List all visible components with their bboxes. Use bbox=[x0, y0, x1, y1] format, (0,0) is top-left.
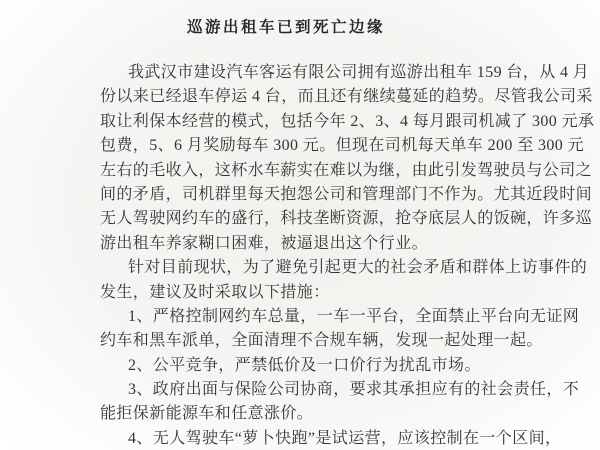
document-line: 4、无人驾驶车“萝卜快跑”是试运营，应该控制在一个区间， bbox=[100, 427, 550, 450]
document-line: 2、公平竞争，严禁低价及一口价行为扰乱市场。 bbox=[100, 354, 550, 378]
document-line: 包费，5、6 月奖励每车 300 元。但现在司机每天单车 200 至 300 元 bbox=[100, 134, 550, 158]
document-line: 取让利保本经营的模式，包括今年 2、3、4 每月跟司机减了 300 元承 bbox=[100, 110, 550, 134]
document-line: 针对目前现状，为了避免引起更大的社会矛盾和群体上访事件的 bbox=[100, 256, 550, 280]
document-line: 间的矛盾，司机群里每天抱怨公司和管理部门不作为。尤其近段时间 bbox=[100, 183, 550, 207]
document-line: 能拒保新能源车和任意涨价。 bbox=[100, 402, 550, 426]
document-line: 1、严格控制网约车总量，一车一平台，全面禁止平台向无证网 bbox=[100, 305, 550, 329]
document-page: 巡游出租车已到死亡边缘 我武汉市建设汽车客运有限公司拥有巡游出租车 159 台，… bbox=[0, 0, 600, 450]
document-line: 约车和黑车派单，全面清理不合规车辆，发现一起处理一起。 bbox=[100, 329, 550, 353]
document-line: 游出租车养家糊口困难，被逼退出这个行业。 bbox=[100, 232, 550, 256]
document-line: 3、政府出面与保险公司协商，要求其承担应有的社会责任，不 bbox=[100, 378, 550, 402]
document-line: 左右的毛收入，这杯水车薪实在难以为继，由此引发驾驶员与公司之 bbox=[100, 159, 550, 183]
document-line: 无人驾驶网约车的盛行，科技垄断资源，抢夺底层人的饭碗，许多巡 bbox=[100, 207, 550, 231]
document-body: 我武汉市建设汽车客运有限公司拥有巡游出租车 159 台，从 4 月 份以来已经退… bbox=[100, 61, 550, 450]
document-title: 巡游出租车已到死亡边缘 bbox=[0, 15, 572, 37]
document-line: 发生，建议及时采取以下措施： bbox=[100, 281, 550, 305]
document-line: 份以来已经退车停运 4 台，而且还有继续蔓延的趋势。尽管我公司采 bbox=[100, 85, 550, 109]
document-line: 我武汉市建设汽车客运有限公司拥有巡游出租车 159 台，从 4 月 bbox=[100, 61, 550, 85]
